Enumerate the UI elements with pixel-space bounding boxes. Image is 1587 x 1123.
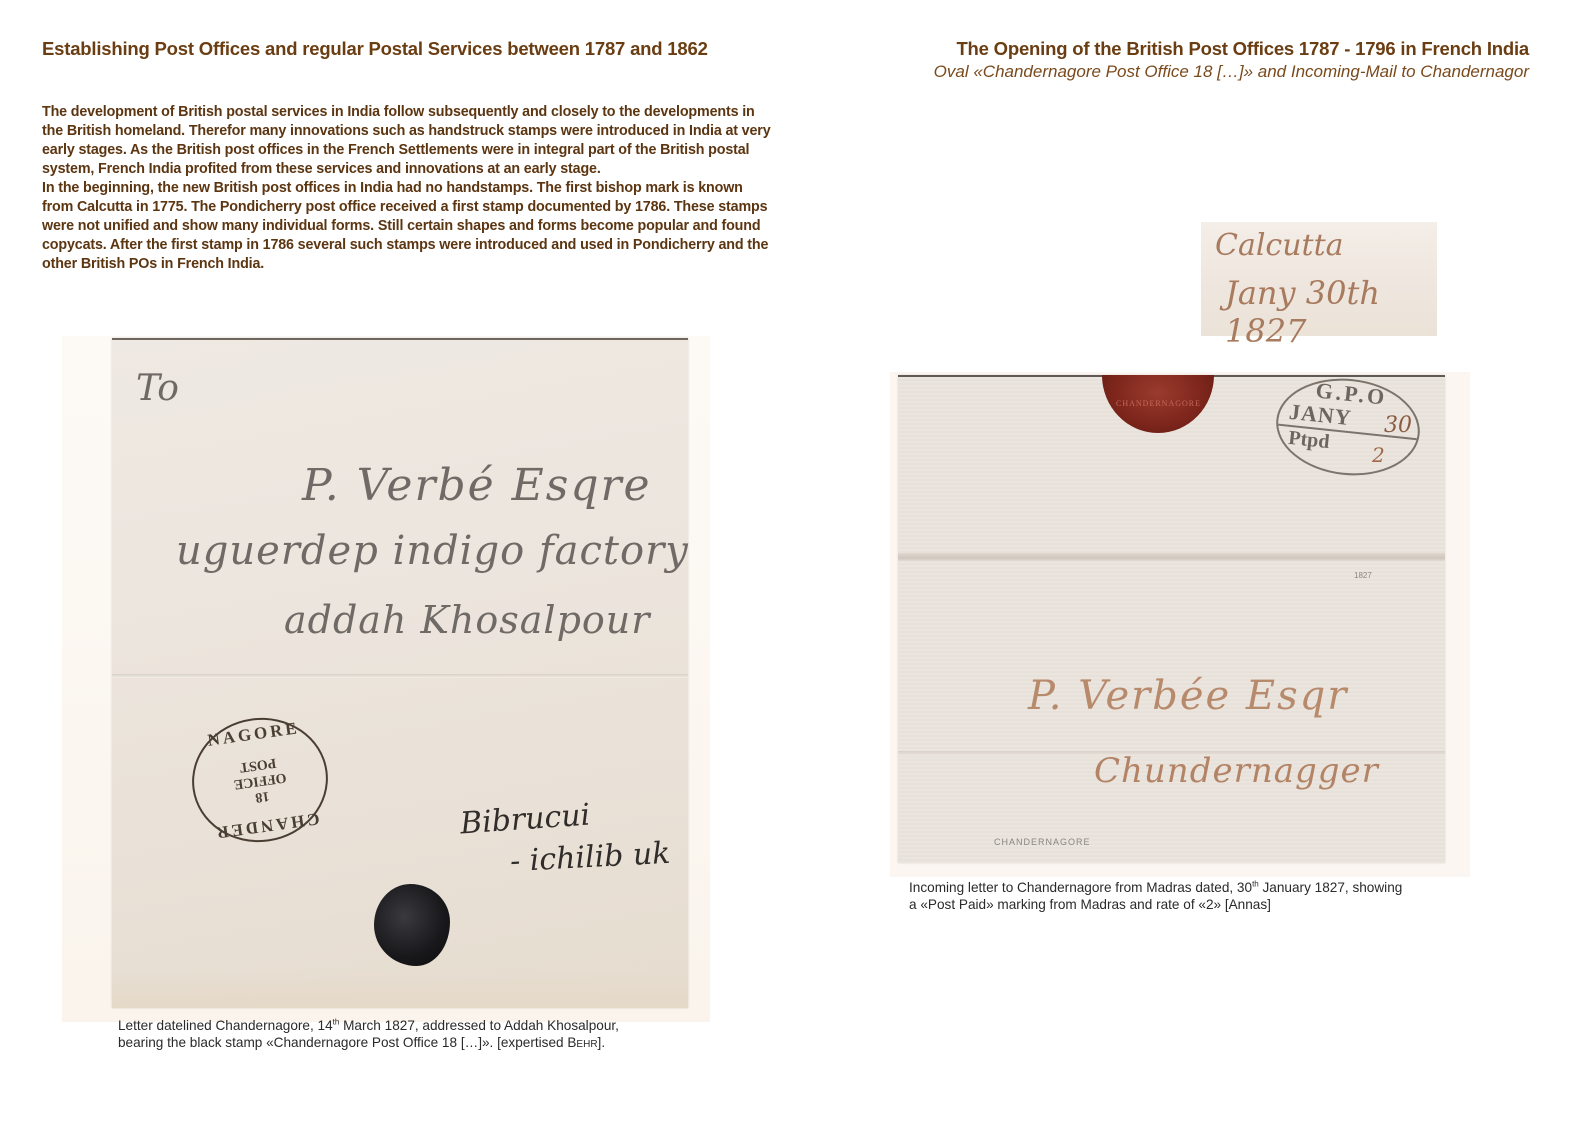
stamp-center: 18 OFFICE POST (191, 747, 328, 813)
gpo-stamp-paid: Ptpd (1287, 427, 1330, 454)
caption-line-2: bearing the black stamp «Chandernagore P… (118, 1034, 718, 1051)
stamp-ring-top: NAGORE (187, 715, 320, 753)
handwriting-place: addah Khosalpour (284, 598, 650, 642)
handwriting-note-2: - ichilib uk (509, 836, 671, 879)
pencil-place-note: CHANDERNAGORE (994, 837, 1091, 847)
handwriting-factory: uguerdep indigo factory (176, 528, 689, 574)
fold-line (112, 674, 688, 678)
caption-line-2: a «Post Paid» marking from Madras and ra… (909, 896, 1489, 913)
pencil-year-note: 1827 (1354, 571, 1372, 580)
chandernagore-oval-stamp: NAGORE 18 OFFICE POST CHANDER (184, 709, 336, 851)
dateline-date: Jany 30th 1827 (1225, 274, 1437, 350)
gpo-day-manuscript: 30 (1384, 413, 1412, 438)
handwriting-to: To (136, 368, 179, 409)
right-letter-image: CHANDERNAGORE G.P.O JANY Ptpd 30 2 1827 … (898, 375, 1445, 863)
stamp-ring-bottom: CHANDER (200, 806, 333, 844)
dateline-snippet-image: Calcutta Jany 30th 1827 (1201, 222, 1437, 336)
rate-manuscript: 2 (1372, 443, 1385, 467)
right-letter-caption: Incoming letter to Chandernagore from Ma… (909, 879, 1489, 913)
intro-paragraph-1: The development of British postal servic… (42, 103, 772, 179)
page-title-left: Establishing Post Offices and regular Po… (42, 38, 708, 60)
left-letter-image: To P. Verbé Esqre uguerdep indigo factor… (112, 338, 688, 1008)
red-wax-seal: CHANDERNAGORE (1102, 375, 1214, 433)
page-subtitle-right: Oval «Chandernagore Post Office 18 […]» … (934, 62, 1529, 82)
handwriting-note-1: Bibrucui (459, 798, 591, 842)
black-wax-seal (374, 884, 450, 966)
caption-line-1: Letter datelined Chandernagore, 14th Mar… (118, 1017, 718, 1034)
fold-line-upper (898, 553, 1445, 563)
paper-wear (112, 968, 688, 1008)
dateline-city: Calcutta (1215, 228, 1344, 263)
seal-inscription: CHANDERNAGORE (1116, 399, 1200, 408)
caption-line-1: Incoming letter to Chandernagore from Ma… (909, 879, 1489, 896)
handwriting-addressee: P. Verbé Esqre (302, 460, 652, 511)
intro-text: The development of British postal servic… (42, 103, 772, 274)
page-title-right: The Opening of the British Post Offices … (956, 38, 1529, 60)
handwriting-addressee: P. Verbée Esqr (1028, 673, 1348, 719)
left-letter-caption: Letter datelined Chandernagore, 14th Mar… (118, 1017, 718, 1051)
handwriting-destination: Chundernagger (1094, 751, 1379, 791)
intro-paragraph-2: In the beginning, the new British post o… (42, 179, 772, 274)
